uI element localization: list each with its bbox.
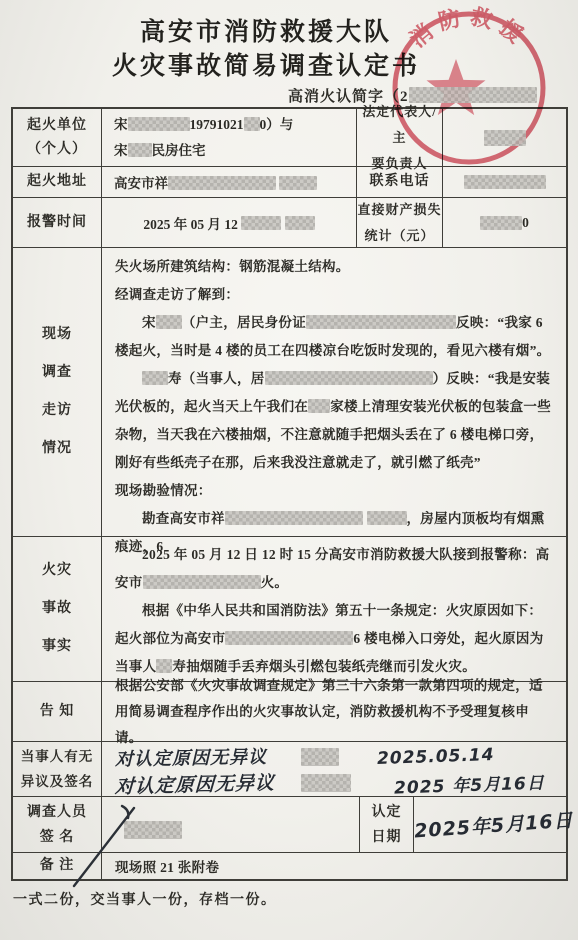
fact-label-line1: 火灾 <box>42 559 72 583</box>
scanned-document: { "page": { "title_line1": "高安市消防救援大队", … <box>0 0 578 940</box>
redaction-mosaic <box>301 748 339 766</box>
property-loss-tail: 0 <box>522 215 529 231</box>
redaction-mosaic <box>156 659 172 673</box>
redaction-mosaic <box>128 143 152 157</box>
notice-label: 告 知 <box>13 682 102 741</box>
property-loss-label-line1: 直接财产损失 <box>357 197 441 223</box>
property-loss-label-line2: 统计（元） <box>364 223 434 249</box>
redaction-mosaic <box>142 371 168 385</box>
fire-unit-value-line1: 宋197910210）与 <box>114 112 356 138</box>
party-signature-content: 对认定原因无异议 2025.05.14 对认定原因无异议 2025 年5月16日 <box>102 742 566 796</box>
fire-unit-value: 宋197910210）与 宋民房住宅 <box>102 109 357 166</box>
redaction-mosaic <box>241 216 281 230</box>
fact-paragraph-1: 2025 年 05 月 12 日 12 时 15 分高安市消防救援大队接到报警称… <box>115 541 553 597</box>
redaction-mosaic <box>301 774 351 792</box>
handwritten-date-1: 2025.05.14 <box>377 745 495 769</box>
handwritten-date-2: 2025 年5月16日 <box>394 768 545 798</box>
verdict-date-label: 认定 日期 <box>360 797 414 852</box>
fire-unit-label-line2: （个人） <box>27 138 87 162</box>
contact-phone-value <box>443 167 566 197</box>
unit-text-tail: 民房住宅 <box>152 143 206 158</box>
legal-rep-label-line1: 法定代表人/主 <box>357 99 442 151</box>
table-row-remarks: 备 注 现场照 21 张附卷 <box>13 853 566 879</box>
redaction-mosaic <box>464 175 546 189</box>
copies-note: 一式二份，交当事人一份，存档一份。 <box>13 889 277 909</box>
remarks-text: 现场照 21 张附卷 <box>115 856 219 876</box>
unit-text: 宋 <box>114 117 128 132</box>
survey-heading: 现场勘验情况： <box>115 477 553 505</box>
fact-paragraph-2: 根据《中华人民共和国消防法》第五十一条规定：火灾原因如下：起火部位为高安市6 楼… <box>115 597 553 681</box>
fire-unit-value-line2: 宋民房住宅 <box>114 138 356 164</box>
redaction-mosaic <box>279 176 317 190</box>
alarm-time-value: 2025 年 05 月 12 <box>102 198 357 247</box>
document-number-line: 高消火认简字（2 <box>288 85 537 106</box>
statement-text: 寿（当事人，居 <box>168 371 265 386</box>
investigator-label-line1: 调查人员 <box>27 800 87 825</box>
party-signature-label: 当事人有无 异议及签名 <box>13 742 102 796</box>
fact-label-line3: 事实 <box>42 635 72 659</box>
unit-id-digits: 19791021 <box>190 117 244 132</box>
redaction-mosaic <box>244 117 260 131</box>
scene-label-line2: 调查 <box>42 361 72 385</box>
fire-unit-label-line1: 起火单位 <box>27 114 87 138</box>
unit-text-tail: 0）与 <box>260 117 294 132</box>
table-row-investigator: 调查人员 签 名 认定 日期 2025年5月16日 <box>13 797 566 853</box>
statement-text: （户主，居民身份证 <box>182 315 306 330</box>
witness-statement-2: 寿（当事人，居）反映：“我是安装光伏板的，起火当天上午我们在家楼上清理安装光伏板… <box>115 365 553 477</box>
scene-label-line1: 现场 <box>42 323 72 347</box>
remarks-content: 现场照 21 张附卷 <box>102 853 566 879</box>
unit-text: 宋 <box>114 143 128 158</box>
fire-facts-label: 火灾 事故 事实 <box>13 537 102 681</box>
statement-text: 勘查高安市祥 <box>142 511 225 526</box>
notice-content: 根据公安部《火灾事故调查规定》第三十六条第一款第四项的规定，适用简易调查程序作出… <box>102 682 566 741</box>
scene-investigation-label: 现场 调查 走访 情况 <box>13 248 102 536</box>
party-signature-line2: 对认定原因无异议 2025 年5月16日 <box>115 770 553 796</box>
fact-text: 火。 <box>261 575 289 590</box>
redaction-mosaic <box>480 216 522 230</box>
document-number-text: 高消火认简字（2 <box>288 89 409 105</box>
building-structure-heading: 失火场所建筑结构：钢筋混凝土结构。 <box>115 253 553 281</box>
redaction-mosaic <box>285 216 315 230</box>
redaction-mosaic <box>367 511 407 525</box>
table-row-scene-investigation: 现场 调查 走访 情况 失火场所建筑结构：钢筋混凝土结构。 经调查走访了解到： … <box>13 248 566 537</box>
notice-text: 根据公安部《火灾事故调查规定》第三十六条第一款第四项的规定，适用简易调查程序作出… <box>115 673 553 751</box>
table-row-alarm-time: 报警时间 2025 年 05 月 12 直接财产损失 统计（元） 0 <box>13 198 566 248</box>
table-row-fire-address: 起火地址 高安市祥 联系电话 <box>13 167 566 198</box>
redaction-mosaic <box>265 371 433 385</box>
scene-label-line4: 情况 <box>42 437 72 461</box>
scene-investigation-content: 失火场所建筑结构：钢筋混凝土结构。 经调查走访了解到： 宋（户主，居民身份证反映… <box>102 248 566 536</box>
document-title-line1: 高安市消防救援大队 <box>0 12 532 48</box>
redaction-mosaic <box>225 631 353 645</box>
remarks-label-text: 备 注 <box>40 854 75 878</box>
fire-unit-label: 起火单位 （个人） <box>13 109 102 166</box>
party-signature-line1: 对认定原因无异议 2025.05.14 <box>115 744 553 770</box>
scene-label-line3: 走访 <box>42 399 72 423</box>
alarm-time-label-text: 报警时间 <box>27 211 87 235</box>
witness-statement-1: 宋（户主，居民身份证反映：“我家 6 楼起火，当时是 4 楼的员工在四楼凉台吃饭… <box>115 309 553 365</box>
verdict-date-value: 2025年5月16日 <box>414 797 574 852</box>
investigator-label: 调查人员 签 名 <box>13 797 102 852</box>
party-label-line2: 异议及签名 <box>21 769 94 794</box>
fire-address-label: 起火地址 <box>13 167 102 197</box>
redaction-mosaic <box>409 87 537 103</box>
verdict-date-label-line1: 认定 <box>372 800 402 825</box>
legal-rep-value <box>443 109 566 166</box>
fire-address-label-text: 起火地址 <box>27 170 87 194</box>
property-loss-value: 0 <box>443 198 566 247</box>
visit-heading: 经调查走访了解到： <box>115 281 553 309</box>
redaction-mosaic <box>128 117 190 131</box>
redaction-mosaic <box>124 821 182 839</box>
fire-address-value: 高安市祥 <box>102 167 357 197</box>
investigator-signature-area <box>102 797 360 852</box>
redaction-mosaic <box>308 399 330 413</box>
alarm-time-label: 报警时间 <box>13 198 102 247</box>
handwritten-verdict-date: 2025年5月16日 <box>413 805 574 843</box>
contact-phone-label-text: 联系电话 <box>370 170 430 194</box>
party-label-line1: 当事人有无 <box>21 744 94 769</box>
table-row-notice: 告 知 根据公安部《火灾事故调查规定》第三十六条第一款第四项的规定，适用简易调查… <box>13 682 566 742</box>
verdict-date-label-line2: 日期 <box>372 825 402 850</box>
redaction-mosaic <box>225 511 363 525</box>
property-loss-label: 直接财产损失 统计（元） <box>357 198 443 247</box>
address-text: 高安市祥 <box>114 176 168 191</box>
fact-label-line2: 事故 <box>42 597 72 621</box>
alarm-time-text: 2025 年 05 月 12 <box>143 213 238 233</box>
statement-text: 宋 <box>142 315 156 330</box>
redaction-mosaic <box>156 315 182 329</box>
redaction-mosaic <box>143 575 261 589</box>
notice-label-text: 告 知 <box>40 700 75 724</box>
document-title-line2: 火灾事故简易调查认定书 <box>0 46 532 82</box>
legal-rep-label: 法定代表人/主 要负责人 <box>357 109 443 166</box>
handwritten-no-objection-1: 对认定原因无异议 <box>115 743 267 772</box>
redaction-mosaic <box>306 315 456 329</box>
remarks-label: 备 注 <box>13 853 102 879</box>
investigator-label-line2: 签 名 <box>40 825 75 850</box>
document-table: 起火单位 （个人） 宋197910210）与 宋民房住宅 法定代表人/主 要负责… <box>11 107 568 881</box>
table-row-fire-facts: 火灾 事故 事实 2025 年 05 月 12 日 12 时 15 分高安市消防… <box>13 537 566 682</box>
table-row-fire-unit: 起火单位 （个人） 宋197910210）与 宋民房住宅 法定代表人/主 要负责… <box>13 109 566 167</box>
handwritten-no-objection-2: 对认定原因无异议 <box>114 767 275 798</box>
table-row-party-signature: 当事人有无 异议及签名 对认定原因无异议 2025.05.14 对认定原因无异议… <box>13 742 566 797</box>
redaction-mosaic <box>168 176 276 190</box>
contact-phone-label: 联系电话 <box>357 167 443 197</box>
fire-facts-content: 2025 年 05 月 12 日 12 时 15 分高安市消防救援大队接到报警称… <box>102 537 566 681</box>
redaction-mosaic <box>484 130 526 146</box>
